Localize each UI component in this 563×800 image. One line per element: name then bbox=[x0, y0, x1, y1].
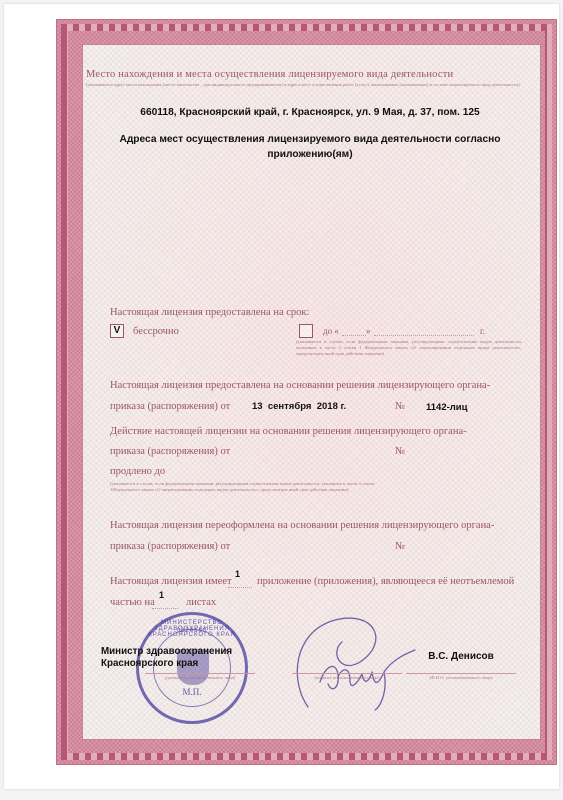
extension-note: (указывается в случае, если федеральными… bbox=[110, 481, 380, 493]
grant-line1: Настоящая лицензия предоставлена на осно… bbox=[110, 380, 490, 391]
until-month-line bbox=[374, 335, 474, 336]
addresses-note-line2: приложению(ям) bbox=[80, 149, 540, 160]
signature-caption: (подпись уполномоченного лица) bbox=[292, 673, 402, 681]
stamp-mp: М.П. bbox=[139, 687, 245, 697]
sheets-line bbox=[152, 608, 178, 609]
until-checkbox[interactable] bbox=[299, 324, 313, 338]
signer-position-line1: Министр здравоохранения bbox=[101, 646, 232, 658]
appendix-count-line bbox=[228, 587, 252, 588]
until-quote-close: » bbox=[366, 326, 371, 336]
until-year-suffix: г. bbox=[480, 326, 485, 336]
signer-name: В.С. Денисов bbox=[406, 651, 516, 662]
reissue-order-label: приказа (распоряжения) от bbox=[110, 541, 230, 552]
name-caption: (Ф.И.О. уполномоченного лица) bbox=[406, 673, 516, 681]
section-title: Место нахождения и места осуществления л… bbox=[86, 69, 506, 80]
addresses-note-line1: Адреса мест осуществления лицензируемого… bbox=[80, 134, 540, 145]
appendix-count: 1 bbox=[235, 569, 240, 579]
position-caption: (должность уполномоченного лица) bbox=[145, 673, 255, 681]
extension-number-label: № bbox=[395, 446, 405, 457]
grant-number-label: № bbox=[395, 401, 405, 412]
sheets-prefix: частью на bbox=[110, 597, 155, 608]
appendix-suffix: приложение (приложения), являющееся её н… bbox=[257, 576, 514, 587]
handwritten-signature-icon bbox=[280, 612, 430, 722]
until-note: (указывается в случае, если федеральными… bbox=[296, 339, 522, 357]
grant-order-label: приказа (распоряжения) от bbox=[110, 401, 230, 412]
sheets-count: 1 bbox=[159, 590, 164, 600]
grant-number: 1142-лиц bbox=[426, 402, 468, 413]
license-address: 660118, Красноярский край, г. Красноярск… bbox=[80, 107, 540, 118]
extended-until-label: продлено до bbox=[110, 466, 165, 477]
signer-position-line2: Красноярского края bbox=[101, 658, 198, 670]
extension-order-label: приказа (распоряжения) от bbox=[110, 446, 230, 457]
unlimited-checkbox[interactable]: V bbox=[110, 324, 124, 338]
sheets-suffix: листах bbox=[186, 597, 216, 608]
until-label: до « bbox=[323, 326, 339, 336]
reissue-line1: Настоящая лицензия переоформлена на осно… bbox=[110, 520, 494, 531]
reissue-number-label: № bbox=[395, 541, 405, 552]
check-mark-icon: V bbox=[114, 325, 121, 336]
unlimited-label: бессрочно bbox=[133, 326, 179, 337]
term-label: Настоящая лицензия предоставлена на срок… bbox=[110, 307, 309, 318]
section-note: (указываются адрес места нахождения (мес… bbox=[86, 82, 526, 88]
extension-line1: Действие настоящей лицензии на основании… bbox=[110, 426, 467, 437]
grant-date: 13 сентября 2018 г. bbox=[252, 401, 346, 412]
appendix-prefix: Настоящая лицензия имеет bbox=[110, 576, 232, 587]
until-day-line bbox=[342, 335, 366, 336]
